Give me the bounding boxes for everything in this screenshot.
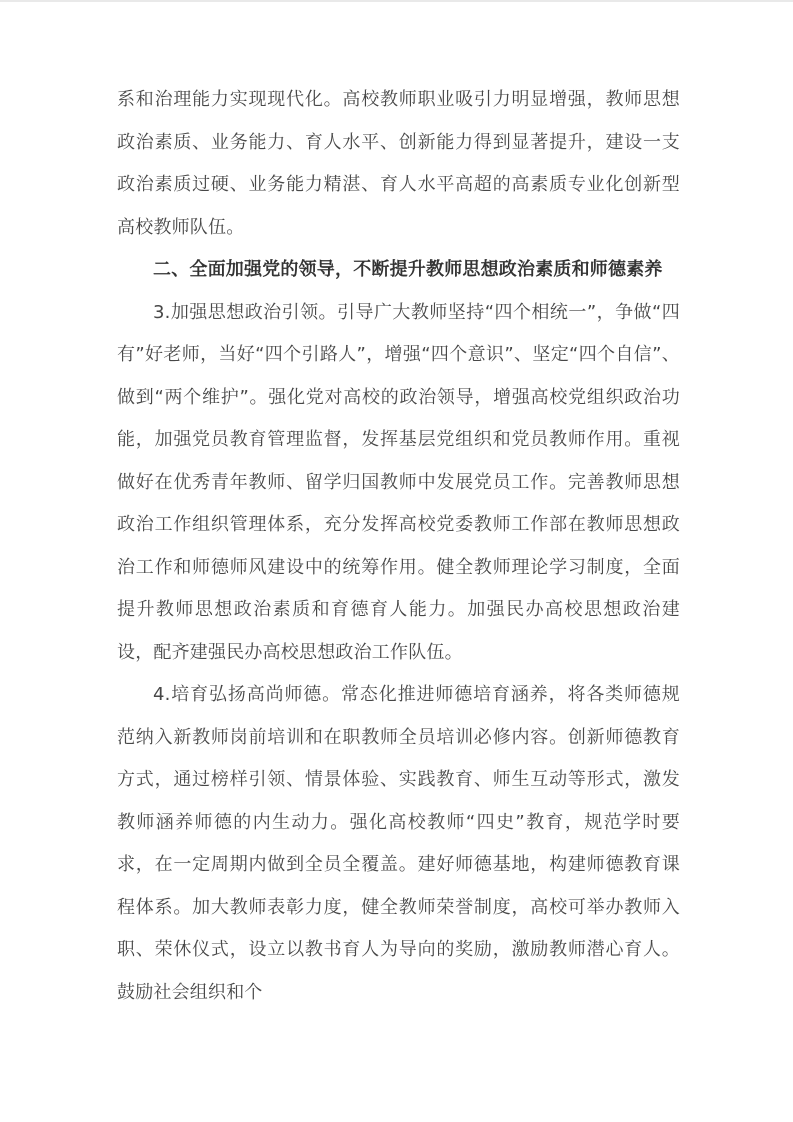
page-top-edge — [0, 0, 793, 2]
document-content: 系和治理能力实现现代化。高校教师职业吸引力明显增强，教师思想政治素质、业务能力、… — [117, 79, 680, 1014]
section-heading: 二、全面加强党的领导，不断提升教师思想政治素质和师德素养 — [117, 249, 680, 292]
document-page: 系和治理能力实现现代化。高校教师职业吸引力明显增强，教师思想政治素质、业务能力、… — [0, 0, 793, 1122]
paragraph-item-4: 4.培育弘扬高尚师德。常态化推进师德培育涵养，将各类师德规范纳入新教师岗前培训和… — [117, 674, 680, 1014]
paragraph-item-3: 3.加强思想政治引领。引导广大教师坚持“四个相统一”，争做“四有”好老师，当好“… — [117, 292, 680, 675]
paragraph-continuation: 系和治理能力实现现代化。高校教师职业吸引力明显增强，教师思想政治素质、业务能力、… — [117, 79, 680, 249]
